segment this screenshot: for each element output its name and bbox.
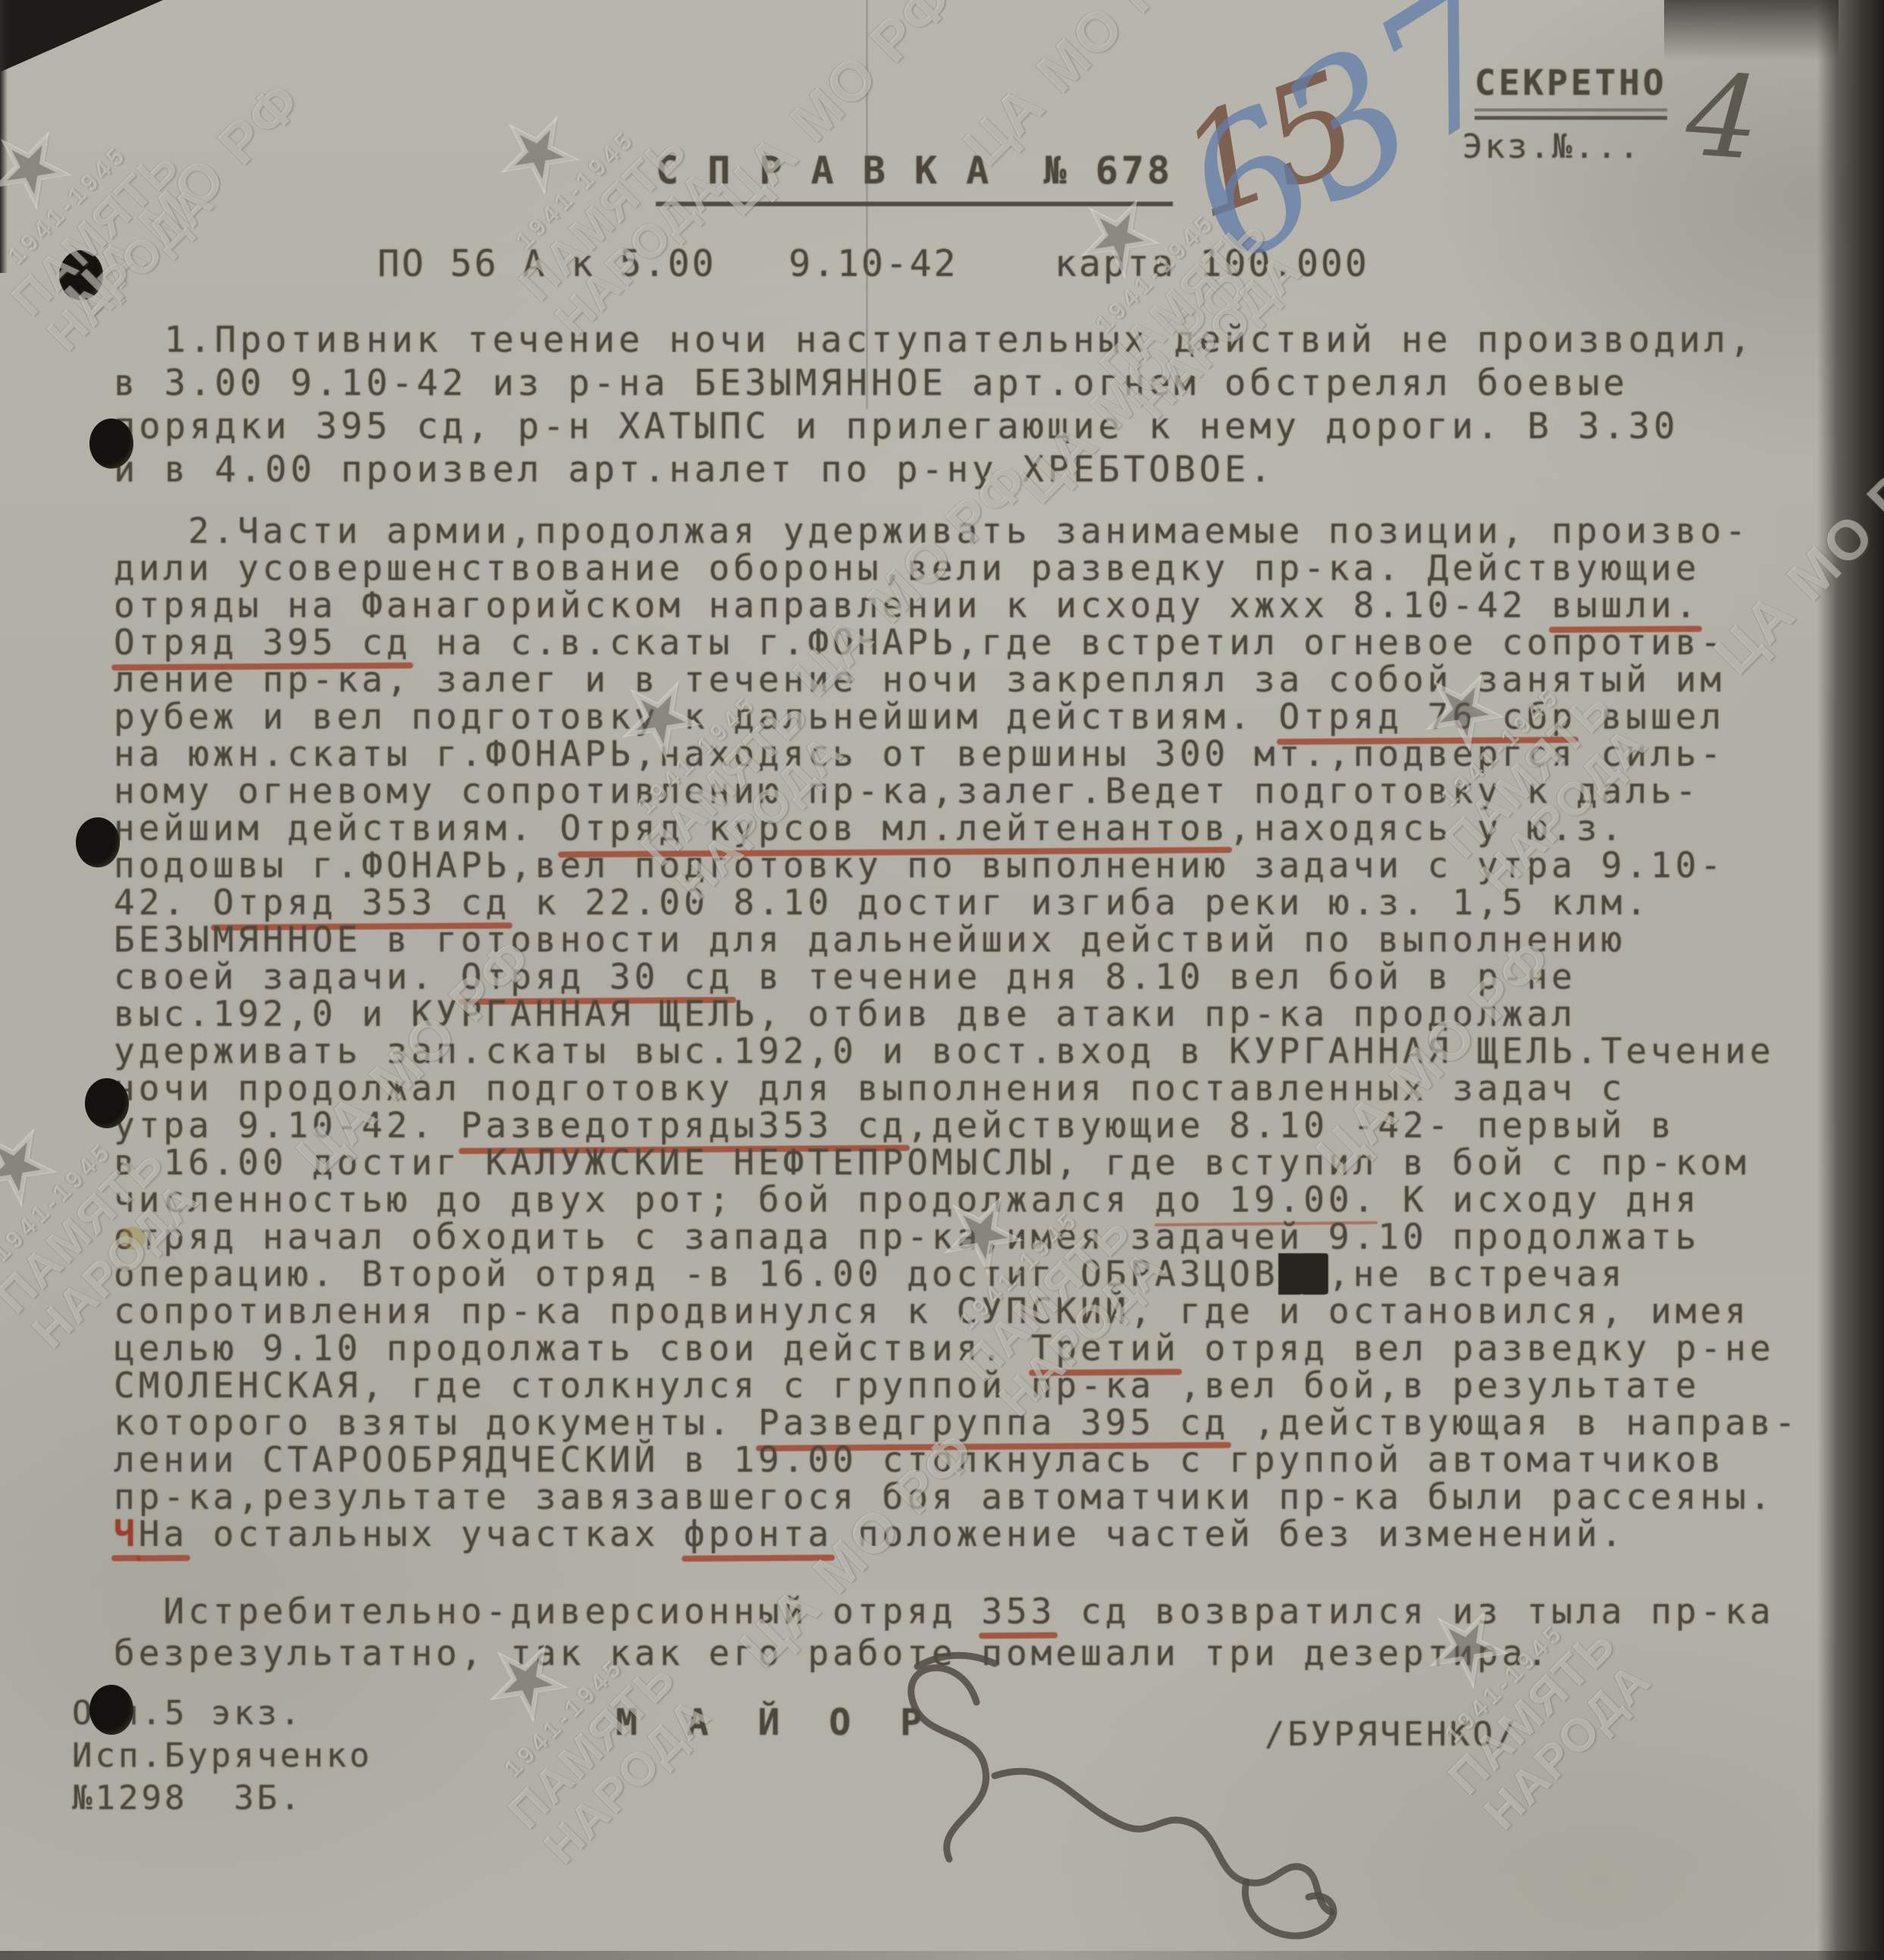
typed-text: ночи продолжал подготовку для выполнения… [114,1068,1625,1109]
text-line: и в 4.00 произвел арт.налет по р-ну ХРЕБ… [114,448,1754,491]
typed-text: БЕЗЫМЯННОЕ в готовности для дальнейших д… [114,919,1625,960]
typed-text: на южн.скаты г.ФОНАРЬ,находясь от вершин… [114,733,1725,774]
text-line: 2.Части армии,продолжая удерживать заним… [114,513,1799,550]
text-line: операцию. Второй отряд -в 16.00 достиг О… [114,1256,1799,1293]
typed-text: утра 9.10-42. [114,1105,461,1146]
typed-text: ,действующая в направ- [1229,1402,1799,1443]
watermark-memory-top: ПАМЯТЬ [500,1653,685,1839]
typed-text: ному огневому сопротивлению пр-ка,залег.… [114,770,1700,811]
typed-text: ,находясь у ю.з. [1229,808,1625,848]
red-underlined-text: Отряд курсов мл.лейтенантов [560,808,1230,848]
star-icon: ★ [436,50,640,254]
star-icon: ★ [0,65,132,269]
typed-text: нейшим действиям. [114,808,560,848]
red-underlined-text: Отряд 30 сд [461,956,734,997]
text-line: дили усовершенствование обороны,вели раз… [114,550,1799,587]
red-underlined-text: Разведотряды353 сд [461,1105,908,1146]
paragraph-army-units: 2.Части армии,продолжая удерживать заним… [114,513,1799,1553]
text-line: лении СТАРООБРЯДЧЕСКИЙ в 19.00 столкнула… [114,1441,1799,1479]
text-line: порядки 395 сд, р-н ХАТЫПС и прилегающие… [114,405,1754,448]
typed-text: ,не встречая [1328,1253,1625,1294]
typed-text: численностью до двух рот; бой продолжалс… [114,1179,1155,1220]
typed-text: удерживать зап.скаты выс.192,0 и вост.вх… [114,1030,1775,1071]
text-line: сопротивления пр-ка продвинулся к СУПСКИ… [114,1293,1799,1330]
typed-text: выс.192,0 и КУРГАННАЯ ЩЕЛЬ, отбив две ат… [114,993,1576,1034]
text-line: ЧНа остальных участках фронта положение … [114,1516,1799,1553]
typed-text: К исходу дня [1378,1179,1700,1220]
red-underlined-text: Третий [1031,1328,1180,1369]
typed-text: сопротивления пр-ка продвинулся к СУПСКИ… [114,1290,1750,1331]
document-subtitle: ПО 56 А к 5.00 9.10-42 карта 100.000 [378,243,1369,285]
scanned-document-page: 15 637 4 СЕКРЕТНО Экз.№... С П Р А В К А… [0,0,1884,1960]
typed-text: отряды на Фанагорийском направлении к ис… [114,585,1551,626]
text-line: ному огневому сопротивлению пр-ка,залег.… [114,773,1799,810]
typed-text: сд возвратился из тыла пр-ка [1055,1591,1774,1632]
typed-text: дили усовершенствование обороны,вели раз… [114,547,1700,588]
red-underlined-text: Отряд 395 сд [114,622,411,663]
typed-text: своей задачи. [114,956,461,997]
number-line: №1298 ЗБ. [72,1779,303,1817]
copy-number-label: Экз.№... [1462,127,1667,166]
red-underlined-text: фронта [684,1513,832,1554]
typed-text: отряд начал обходить с запада пр-ка,имея… [114,1216,1700,1257]
text-line: целью 9.10 продолжать свои действия. Тре… [114,1330,1799,1367]
paragraph-enemy-actions: 1.Противник течение ночи наступательных … [114,318,1754,491]
typed-text: 1.Противник течение ночи наступательных … [114,319,1754,361]
scan-edge-right [1817,0,1884,1960]
copies-line: Отп.5 экз. [72,1694,303,1733]
document-title: С П Р А В К А № 678 [656,149,1173,206]
text-line: ление пр-ка, залег и в течение ночи закр… [114,661,1799,698]
red-underlined-text: Разведгруппа 395 сд [758,1402,1229,1443]
text-line: удерживать зап.скаты выс.192,0 и вост.вх… [114,1033,1799,1070]
text-line: в 3.00 9.10-42 из р-на БЕЗЫМЯННОЕ арт.ог… [114,362,1754,405]
watermark-memory-top: ПАМЯТЬ [3,140,189,326]
red-underlined-text: На [139,1513,188,1554]
handwritten-signature [872,1630,1387,1956]
typed-text: положение частей без изменений. [832,1513,1625,1554]
ink-blot: ██ [1279,1253,1328,1294]
star-icon: ★ [0,1062,117,1266]
secrecy-stamp-block: СЕКРЕТНО Экз.№... [1475,62,1667,166]
scan-shadow-top-right [1664,0,1839,61]
typed-text: на с.в.скаты г.ФОНАРЬ,где встретил огнев… [411,622,1725,663]
typed-text: подошвы г.ФОНАРЬ,вел подготовку по выпол… [114,845,1725,886]
text-line: Истребительно-диверсионный отряд 353 сд … [114,1591,1775,1632]
typed-text: Истребительно-диверсионный отряд [114,1591,981,1632]
text-line: подошвы г.ФОНАРЬ,вел подготовку по выпол… [114,847,1799,884]
typed-text: ление пр-ка, залег и в течение ночи закр… [114,659,1725,700]
text-line: Отряд 395 сд на с.в.скаты г.ФОНАРЬ,где в… [114,624,1799,661]
text-line: своей задачи. Отряд 30 сд в течение дня … [114,958,1799,996]
typed-text: остальных участках [188,1513,684,1554]
typed-text: в 3.00 9.10-42 из р-на БЕЗЫМЯННОЕ арт.ог… [114,362,1629,404]
handwritten-folio-number: 15 [1161,42,1378,250]
text-line: 42. Отряд 353 сд к 22.00 8.10 достиг изг… [114,884,1799,921]
typed-text: пр-ка,результате завязавшегося боя автом… [114,1476,1775,1517]
executor-line: Исп.Буряченко [72,1736,372,1775]
typed-text: лении СТАРООБРЯДЧЕСКИЙ в 19.00 столкнула… [114,1439,1725,1480]
red-underlined-text: Отряд 353 сд [213,882,510,923]
text-line: рубеж и вел подготовку к дальнейшим дейс… [114,698,1799,735]
typed-text: отряд вел разведку р-не [1180,1328,1775,1369]
red-underlined-text: Отряд 76 сбр [1279,696,1576,737]
text-line: отряд начал обходить с запада пр-ка,имея… [114,1218,1799,1256]
typed-text: целью 9.10 продолжать свои действия. [114,1328,1031,1369]
typed-text: СМОЛЕНСКАЯ, где столкнулся с группой пр-… [114,1365,1700,1406]
text-line: выс.192,0 и КУРГАННАЯ ЩЕЛЬ, отбив две ат… [114,996,1799,1033]
text-line: утра 9.10-42. Разведотряды353 сд,действу… [114,1107,1799,1144]
archive-watermark: ЦА МО РФ [52,68,314,330]
memory-watermark: ★ 1941-1945 ПАМЯТЬ НАРОДА [0,65,224,361]
red-underlined-text: Ч [114,1513,139,1554]
text-line: ночи продолжал подготовку для выполнения… [114,1070,1799,1107]
typed-text: которого взяты документы. [114,1402,758,1443]
typed-text: ,действующие 8.10 -42- первый в [907,1105,1676,1146]
text-line: нейшим действиям. Отряд курсов мл.лейтен… [114,810,1799,847]
typed-text: вышел [1576,696,1725,737]
text-line: отряды на Фанагорийском направлении к ис… [114,587,1799,624]
watermark-years: 1941-1945 [0,119,153,290]
text-line: которого взяты документы. Разведгруппа 3… [114,1404,1799,1441]
text-line: численностью до двух рот; бой продолжалс… [114,1181,1799,1218]
typed-text: операцию. Второй отряд -в 16.00 достиг О… [114,1253,1279,1294]
footer-clerk-block: Отп.5 экз. Исп.Буряченко №1298 ЗБ. [72,1692,372,1820]
typed-text: и в 4.00 произвел арт.налет по р-ну ХРЕБ… [114,449,1275,491]
text-line: 1.Противник течение ночи наступательных … [114,318,1754,362]
text-line: на южн.скаты г.ФОНАРЬ,находясь от вершин… [114,735,1799,773]
typed-text: до 19.00. [1155,1179,1378,1220]
typed-text: в 16.00 достиг КАЛУЖСКИЕ НЕФТЕПРОМЫСЛЫ, … [114,1142,1750,1183]
red-underlined-text: вышли. [1551,585,1700,626]
red-underlined-text: 353 [981,1591,1055,1632]
text-line: БЕЗЫМЯННОЕ в готовности для дальнейших д… [114,921,1799,958]
typed-text: к 22.00 8.10 достиг изгиба реки ю.з. 1,5… [510,882,1650,923]
text-line: пр-ка,результате завязавшегося боя автом… [114,1479,1799,1516]
text-line: СМОЛЕНСКАЯ, где столкнулся с группой пр-… [114,1367,1799,1404]
typed-text: 42. [114,882,213,923]
typed-text: в течение дня 8.10 вел бой в р-не [733,956,1576,997]
typed-text: порядки 395 сд, р-н ХАТЫПС и прилегающие… [114,406,1679,447]
memory-watermark: ★ 1941-1945 ПАМЯТЬ НАРОДА [1365,1544,1660,1839]
typed-text: 2.Части армии,продолжая удерживать заним… [114,510,1750,551]
typed-text: рубеж и вел подготовку к дальнейшим дейс… [114,696,1279,737]
torn-corner-top-left [0,0,163,72]
handwritten-copy-number: 4 [1682,49,1763,186]
punch-hole [59,250,103,300]
scan-edge-left [0,0,8,273]
secret-stamp: СЕКРЕТНО [1475,62,1667,120]
text-line: в 16.00 достиг КАЛУЖСКИЕ НЕФТЕПРОМЫСЛЫ, … [114,1144,1799,1181]
